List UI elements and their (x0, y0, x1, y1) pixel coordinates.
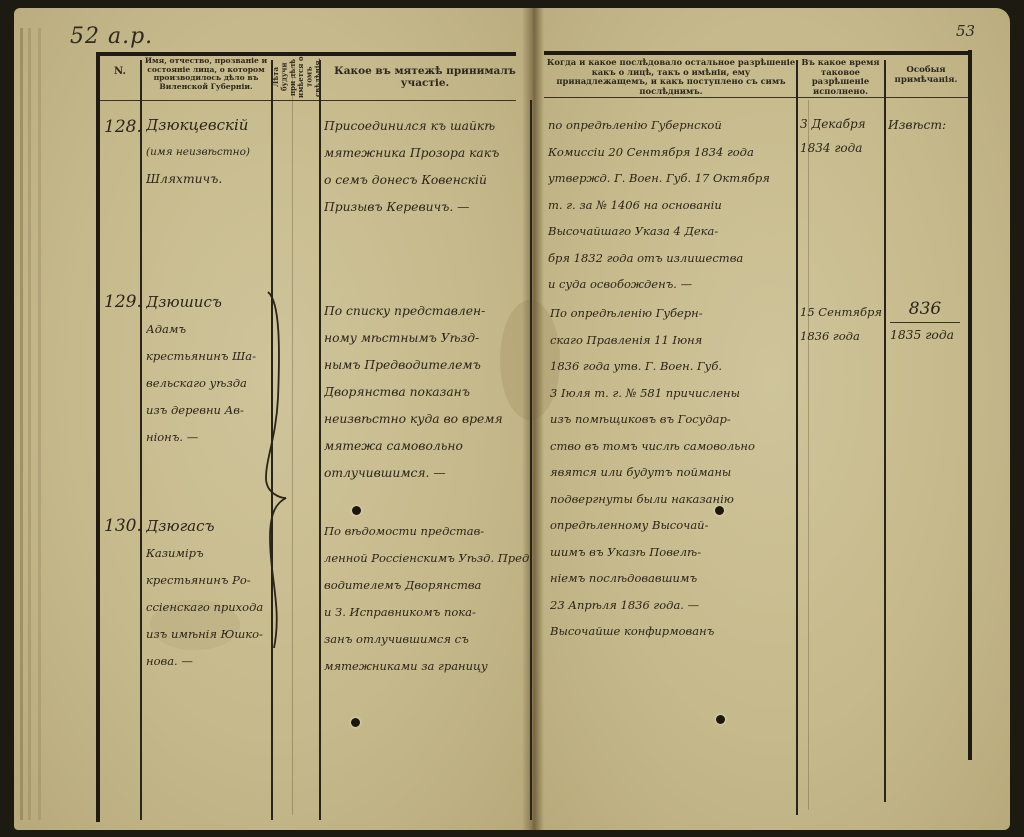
entry-resolution: по опредѣленію Губернской Комиссіи 20 Се… (548, 112, 794, 298)
punch-hole (352, 506, 361, 515)
entry-number: 129. (104, 292, 142, 312)
header-participation: Какое въ мятежѣ принималъ участіе. (322, 65, 528, 89)
entry-number: 128. (104, 117, 142, 137)
table-right-border (968, 50, 972, 760)
column-divider (796, 60, 798, 815)
entry-remarks: Извѣст: (888, 112, 966, 139)
header-bottom-rule (544, 97, 968, 98)
column-divider (140, 60, 142, 820)
column-divider (530, 100, 532, 820)
entry-executed-when: 15 Сентября 1836 года (800, 300, 884, 348)
punch-hole (351, 718, 360, 727)
entry-name: Дзюгасъ Казиміръ крестьянинъ Ро- ссіенск… (146, 513, 270, 675)
header-bottom-rule (100, 100, 516, 101)
punch-hole (716, 715, 725, 724)
ledger-spread: 52 a.p. 53 N. Имя, отчество, прозваніе и… (0, 0, 1024, 837)
header-resolution: Когда и какое послѣдовало остальное разр… (546, 58, 796, 97)
page-edge (38, 28, 41, 820)
header-age: Лѣта будучи при дѣлѣ имѣется о томъ свѣд… (272, 55, 318, 99)
entry-resolution: По опредѣленію Губерн- скаго Правленія 1… (550, 300, 796, 645)
entry-name: Дзюшисъ Адамъ крестьянинъ Ша- вельскаго … (146, 289, 270, 451)
header-remarks: Особыя примѣчанія. (886, 66, 966, 86)
column-divider-faint (808, 100, 809, 810)
punch-hole (715, 506, 724, 515)
header-name-status: Имя, отчество, прозваніе и состояніе лиц… (142, 57, 270, 92)
entry-participation: По вѣдомости представ- ленной Россіенски… (324, 518, 529, 680)
page-number-right: 53 (956, 22, 975, 40)
entry-participation: Присоединился къ шайкѣ мятежника Прозора… (324, 113, 529, 221)
header-number: N. (100, 66, 140, 78)
header-executed-when: Въ какое время таковое разрѣшеніе исполн… (798, 58, 883, 97)
entry-participation: По списку представлен- ному мѣстнымъ Уѣз… (324, 298, 529, 487)
column-divider-faint (292, 60, 293, 815)
entry-remarks: 836 1835 года (890, 296, 968, 347)
entry-name: Дзюкцевскій (имя неизвѣстно) Шляхтичъ. (146, 112, 270, 193)
brace-icon (262, 288, 292, 658)
table-left-border (96, 52, 100, 822)
page-edge (28, 28, 31, 820)
page-number-left: 52 a.p. (70, 24, 153, 49)
column-divider (319, 60, 321, 820)
column-divider (884, 60, 886, 802)
entry-executed-when: 3 Декабря 1834 года (800, 112, 884, 160)
header-top-rule (544, 51, 968, 55)
entry-number: 130. (104, 516, 142, 536)
page-edge (20, 28, 23, 820)
